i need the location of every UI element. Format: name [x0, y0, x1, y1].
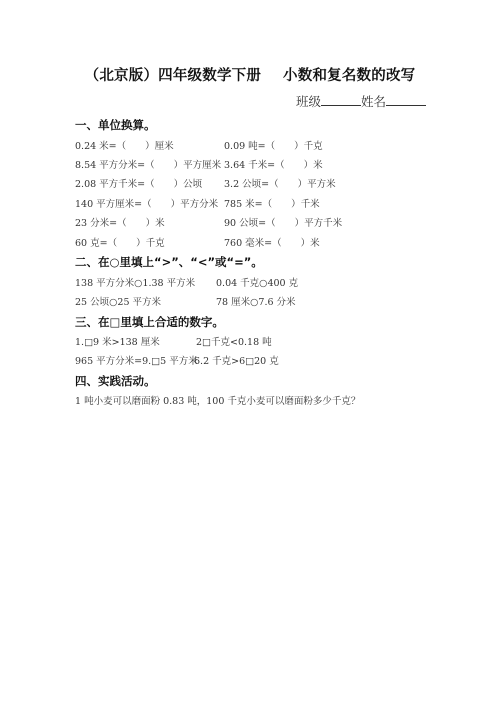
section-3-heading: 三、在□里填上合适的数字。	[75, 314, 224, 330]
question-1-9: 23 分米=（ ）米	[75, 215, 165, 229]
class-label: 班级	[296, 94, 321, 109]
question-1-4: 3.64 千米=（ ）米	[224, 157, 323, 171]
question-1-5: 2.08 平方千米=（ ）公顷	[75, 176, 202, 190]
question-2-1: 138 平方分米○1.38 平方米	[75, 275, 195, 289]
question-1-11: 60 克=（ ）千克	[75, 235, 165, 249]
question-2-3: 25 公顷○25 平方米	[75, 294, 161, 308]
question-1-2: 0.09 吨=（ ）千克	[224, 138, 323, 152]
question-1-6: 3.2 公顷=（ ）平方米	[224, 176, 336, 190]
question-1-7: 140 平方厘米=（ ）平方分米	[75, 196, 218, 210]
question-3-4: 6.2 千克>6□20 克	[194, 353, 279, 367]
question-1-8: 785 米=（ ）千米	[224, 196, 320, 210]
question-3-2: 2□千克<0.18 吨	[196, 334, 272, 348]
title-grade: （北京版）四年级数学下册	[85, 68, 261, 84]
question-2-4: 78 厘米○7.6 分米	[216, 294, 296, 308]
student-info: 班级姓名	[296, 92, 426, 110]
section-4-heading: 四、实践活动。	[75, 373, 156, 389]
question-1-10: 90 公顷=（ ）平方千米	[224, 215, 342, 229]
title-topic: 小数和复名数的改写	[283, 68, 415, 84]
question-1-12: 760 毫米=（ ）米	[224, 235, 320, 249]
section-1-heading: 一、单位换算。	[75, 117, 156, 133]
question-1-1: 0.24 米=（ ）厘米	[75, 138, 174, 152]
question-4-1: 1 吨小麦可以磨面粉 0.83 吨，100 千克小麦可以磨面粉多少千克？	[75, 393, 360, 407]
section-2-heading: 二、在○里填上“>”、“<”或“=”。	[75, 254, 263, 270]
name-label: 姓名	[361, 94, 386, 109]
question-2-2: 0.04 千克○400 克	[216, 275, 298, 289]
question-1-3: 8.54 平方分米=（ ）平方厘米	[75, 157, 221, 171]
name-blank[interactable]	[386, 94, 426, 106]
question-3-3: 965 平方分米=9.□5 平方米	[75, 353, 198, 367]
question-3-1: 1.□9 米>138 厘米	[75, 334, 160, 348]
class-blank[interactable]	[321, 94, 361, 106]
page-title: （北京版）四年级数学下册小数和复名数的改写	[0, 64, 500, 85]
